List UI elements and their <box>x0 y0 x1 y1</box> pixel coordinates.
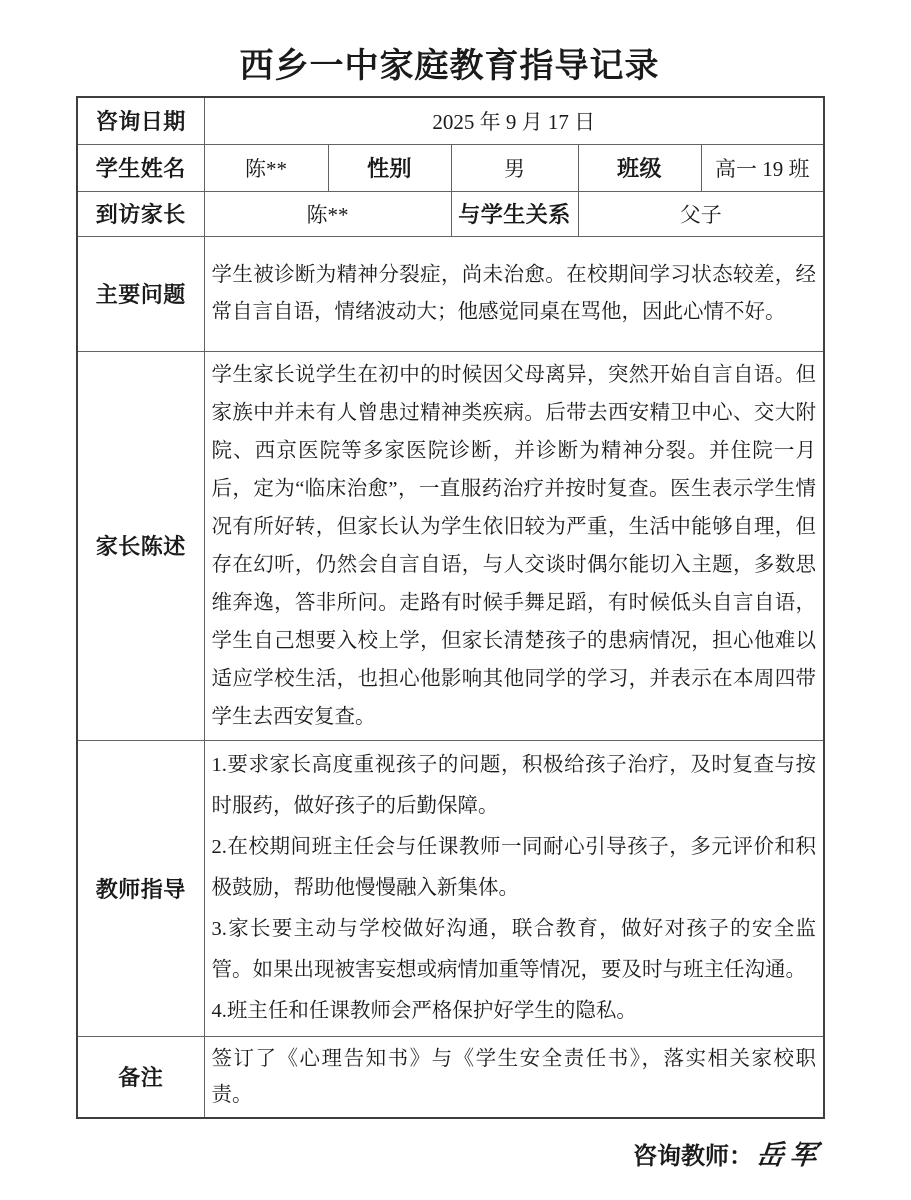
row-teacher-guidance: 教师指导 1.要求家长高度重视孩子的问题，积极给孩子治疗，及时复查与按时服药，做… <box>77 740 824 1036</box>
row-consult-date: 咨询日期 2025 年 9 月 17 日 <box>77 97 824 144</box>
teacher-guidance-label: 教师指导 <box>77 740 204 1036</box>
remarks-label: 备注 <box>77 1036 204 1118</box>
row-main-problem: 主要问题 学生被诊断为精神分裂症，尚未治愈。在校期间学习状态较差，经常自言自语，… <box>77 236 824 351</box>
relation-label: 与学生关系 <box>451 191 578 236</box>
page-title: 西乡一中家庭教育指导记录 <box>76 0 823 94</box>
row-remarks: 备注 签订了《心理告知书》与《学生安全责任书》，落实相关家校职责。 <box>77 1036 824 1118</box>
parent-statement-text: 学生家长说学生在初中的时候因父母离异，突然开始自言自语。但家族中并未有人曾患过精… <box>204 351 824 740</box>
document-content: 西乡一中家庭教育指导记录 咨询日期 2025 年 9 月 17 日 学生姓名 陈… <box>76 0 823 1119</box>
student-name-value: 陈** <box>204 144 328 191</box>
record-table: 咨询日期 2025 年 9 月 17 日 学生姓名 陈** 性别 男 班级 高一… <box>76 96 825 1119</box>
visiting-parent-value: 陈** <box>204 191 451 236</box>
main-problem-text: 学生被诊断为精神分裂症，尚未治愈。在校期间学习状态较差，经常自言自语，情绪波动大… <box>204 236 824 351</box>
class-label: 班级 <box>578 144 701 191</box>
consult-date-label: 咨询日期 <box>77 97 204 144</box>
visiting-parent-label: 到访家长 <box>77 191 204 236</box>
main-problem-label: 主要问题 <box>77 236 204 351</box>
student-name-label: 学生姓名 <box>77 144 204 191</box>
gender-label: 性别 <box>328 144 451 191</box>
consult-teacher-label: 咨询教师： <box>633 1144 753 1170</box>
class-value: 高一 19 班 <box>701 144 824 191</box>
row-parent-info: 到访家长 陈** 与学生关系 父子 <box>77 191 824 236</box>
guidance-item-1: 1.要求家长高度重视孩子的问题，积极给孩子治疗，及时复查与按时服药，做好孩子的后… <box>212 745 817 827</box>
relation-value: 父子 <box>578 191 824 236</box>
guidance-item-3: 3.家长要主动与学校做好沟通，联合教育，做好对孩子的安全监管。如果出现被害妄想或… <box>212 909 817 991</box>
parent-statement-label: 家长陈述 <box>77 351 204 740</box>
teacher-guidance-text: 1.要求家长高度重视孩子的问题，积极给孩子治疗，及时复查与按时服药，做好孩子的后… <box>204 740 824 1036</box>
gender-value: 男 <box>451 144 578 191</box>
consult-teacher-signature: 岳军 <box>755 1133 825 1172</box>
document-page: 西乡一中家庭教育指导记录 咨询日期 2025 年 9 月 17 日 学生姓名 陈… <box>0 0 911 1200</box>
row-student-info: 学生姓名 陈** 性别 男 班级 高一 19 班 <box>77 144 824 191</box>
consult-date-value: 2025 年 9 月 17 日 <box>204 97 824 144</box>
guidance-item-4: 4.班主任和任课教师会严格保护好学生的隐私。 <box>212 991 817 1032</box>
remarks-text: 签订了《心理告知书》与《学生安全责任书》，落实相关家校职责。 <box>204 1036 824 1118</box>
footer: 咨询教师：岳军 <box>76 1133 823 1172</box>
guidance-item-2: 2.在校期间班主任会与任课教师一同耐心引导孩子，多元评价和积极鼓励，帮助他慢慢融… <box>212 827 817 909</box>
row-parent-statement: 家长陈述 学生家长说学生在初中的时候因父母离异，突然开始自言自语。但家族中并未有… <box>77 351 824 740</box>
